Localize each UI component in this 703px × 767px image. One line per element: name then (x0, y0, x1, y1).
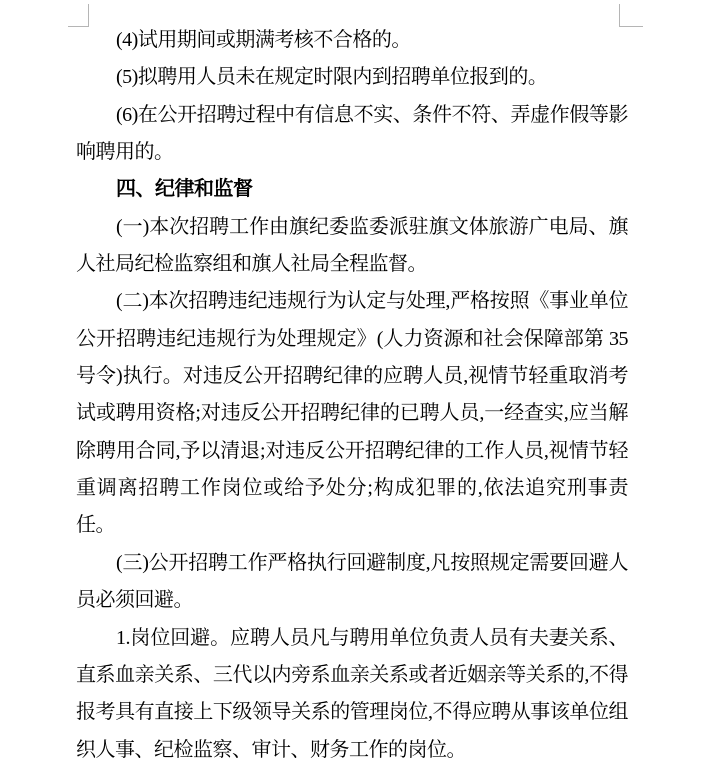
section-heading-discipline-supervision: 四、纪律和监督 (76, 171, 628, 208)
clause-item-5: (5)拟聘用人员未在规定时限内到招聘单位报到的。 (76, 59, 628, 96)
paragraph-post-avoidance: 1.岗位回避。应聘人员凡与聘用单位负责人员有夫妻关系、直系血亲关系、三代以内旁系… (76, 620, 628, 767)
paragraph-supervision-bodies: (一)本次招聘工作由旗纪委监委派驻旗文体旅游广电局、旗人社局纪检监察组和旗人社局… (76, 209, 628, 284)
paragraph-avoidance-system: (三)公开招聘工作严格执行回避制度,凡按照规定需要回避人员必须回避。 (76, 545, 628, 620)
document-content: (4)试用期间或期满考核不合格的。 (5)拟聘用人员未在规定时限内到招聘单位报到… (76, 22, 628, 767)
clause-item-6: (6)在公开招聘过程中有信息不实、条件不符、弄虚作假等影响聘用的。 (76, 97, 628, 172)
clause-item-4: (4)试用期间或期满考核不合格的。 (76, 22, 628, 59)
paragraph-violation-handling: (二)本次招聘违纪违规行为认定与处理,严格按照《事业单位公开招聘违纪违规行为处理… (76, 283, 628, 544)
document-page: (4)试用期间或期满考核不合格的。 (5)拟聘用人员未在规定时限内到招聘单位报到… (0, 0, 703, 767)
